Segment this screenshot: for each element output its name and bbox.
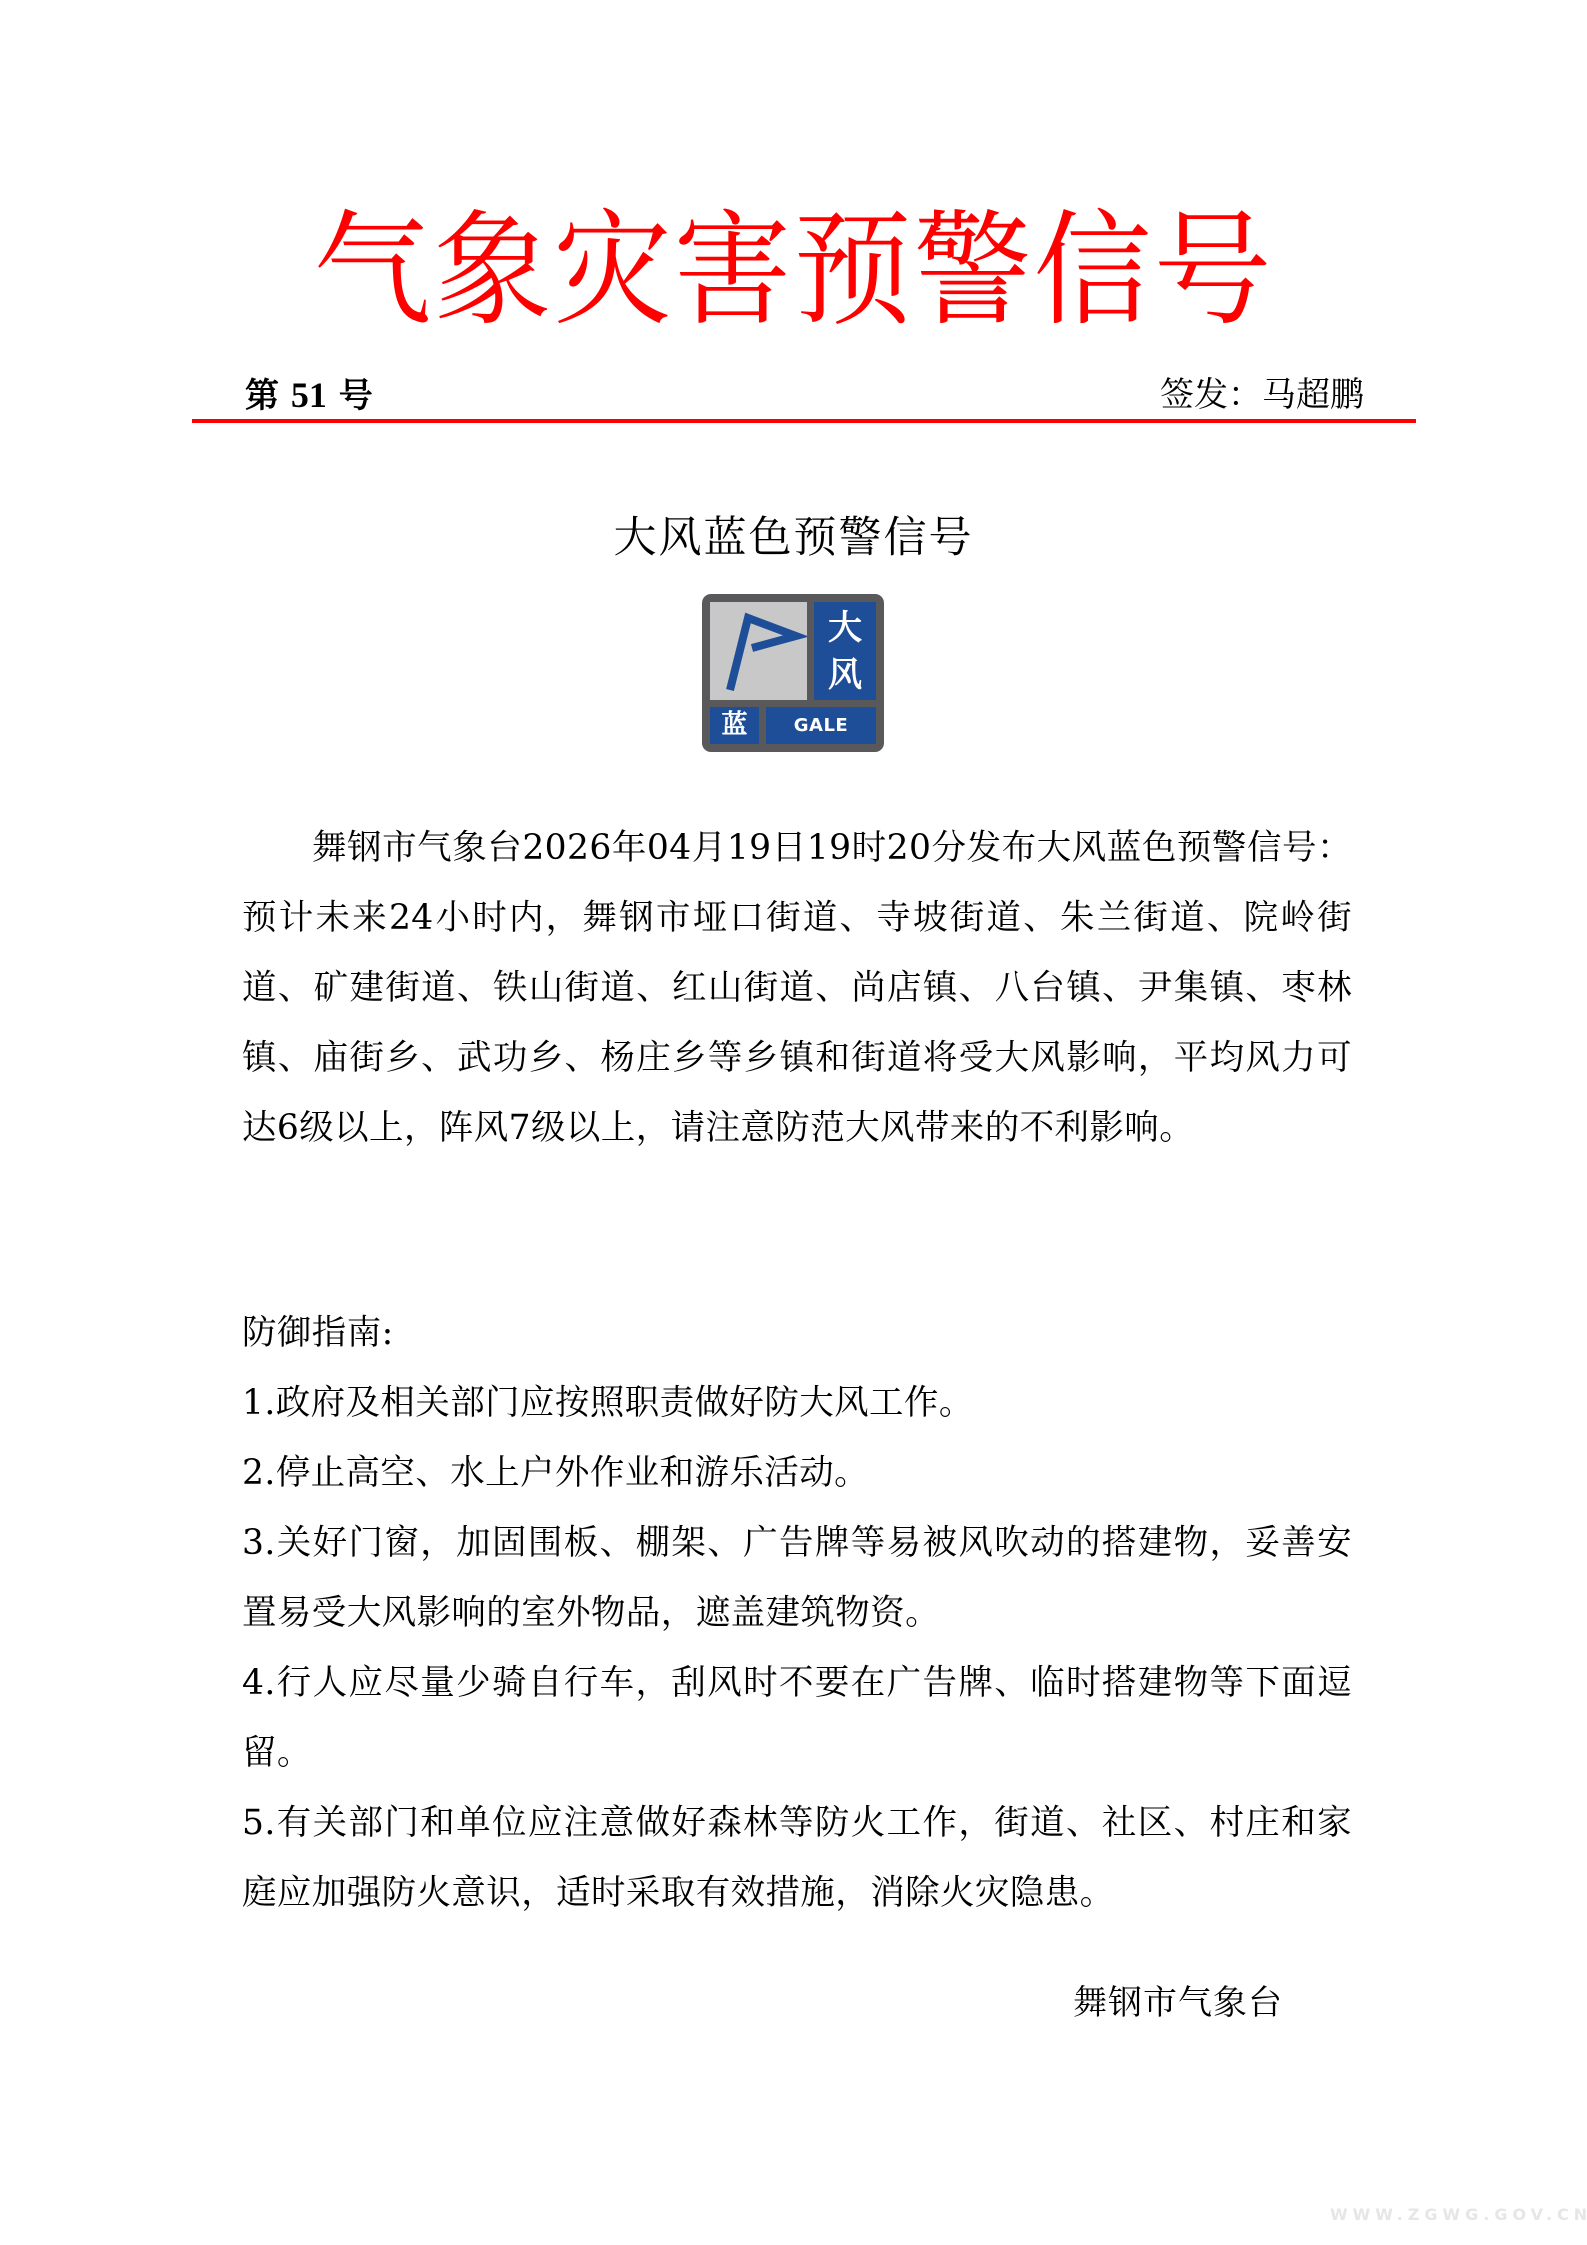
document-page: 气象灾害预警信号 第 51 号 签发：马超鹏 大风蓝色预警信号 大 风 蓝 GA… bbox=[0, 0, 1587, 2245]
signer-label: 签发：马超鹏 bbox=[1160, 375, 1364, 415]
guide-item: 3.关好门窗，加固围板、棚架、广告牌等易被风吹动的搭建物，妥善安置易受大风影响的… bbox=[242, 1508, 1352, 1648]
document-number: 第 51 号 bbox=[245, 375, 373, 416]
warning-paragraph: 舞钢市气象台2026年04月19日19时20分发布大风蓝色预警信号：预计未来24… bbox=[242, 813, 1352, 1163]
gale-char-2: 风 bbox=[814, 654, 876, 696]
guide-item: 1.政府及相关部门应按照职责做好防大风工作。 bbox=[242, 1368, 1352, 1438]
header-divider bbox=[192, 419, 1416, 423]
guide-item: 4.行人应尽量少骑自行车，刮风时不要在广告牌、临时搭建物等下面逗留。 bbox=[242, 1648, 1352, 1788]
doc-number-suffix: 号 bbox=[339, 376, 373, 416]
gale-english-label: GALE bbox=[766, 707, 876, 744]
issuer-signature: 舞钢市气象台 bbox=[1073, 1975, 1283, 2031]
gale-char-1: 大 bbox=[814, 607, 876, 649]
warning-title: 大风蓝色预警信号 bbox=[0, 510, 1587, 566]
level-char: 蓝 bbox=[710, 707, 759, 744]
gale-blue-warning-icon: 大 风 蓝 GALE bbox=[702, 594, 884, 752]
guide-list: 1.政府及相关部门应按照职责做好防大风工作。 2.停止高空、水上户外作业和游乐活… bbox=[242, 1368, 1352, 1928]
document-title: 气象灾害预警信号 bbox=[0, 202, 1587, 339]
gale-label-panel: 大 风 bbox=[814, 602, 876, 700]
flag-panel bbox=[710, 602, 807, 700]
guide-item: 5.有关部门和单位应注意做好森林等防火工作，街道、社区、村庄和家庭应加强防火意识… bbox=[242, 1788, 1352, 1928]
doc-number-prefix: 第 bbox=[245, 376, 279, 416]
guide-item: 2.停止高空、水上户外作业和游乐活动。 bbox=[242, 1438, 1352, 1508]
site-watermark: WWW.ZGWG.GOV.CN bbox=[1330, 2205, 1587, 2224]
guide-heading: 防御指南: bbox=[242, 1298, 1352, 1368]
wind-flag-icon bbox=[710, 602, 807, 700]
doc-number-value: 51 bbox=[291, 375, 327, 415]
